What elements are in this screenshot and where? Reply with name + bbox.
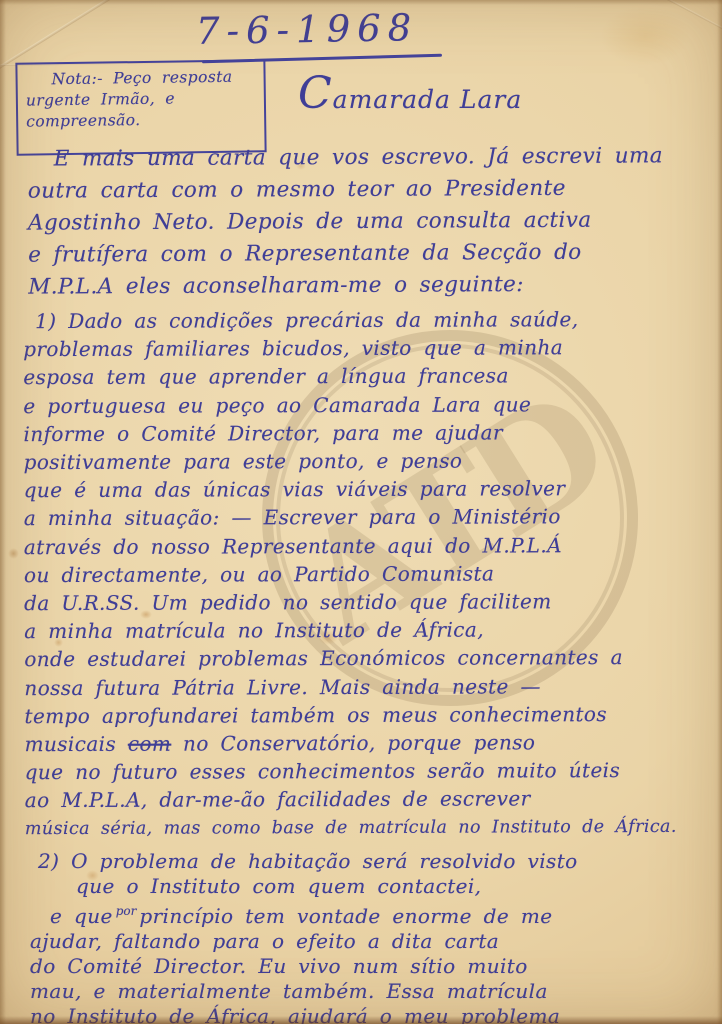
letter-line-with-strikeout: musicais com no Conservatório, porque pe… <box>25 728 677 758</box>
letter-date: 7-6-1968 <box>196 6 419 53</box>
letter-line: da U.R.SS. Um pedido no sentido que faci… <box>24 587 676 617</box>
letter-line: onde estudarei problemas Económicos conc… <box>24 643 676 673</box>
letter-line-with-insertion: e queporprincípio tem vontade enorme de … <box>30 899 578 929</box>
note-box-line: Nota:- Peço resposta <box>25 66 257 90</box>
letter-line: que é uma das únicas vias viáveis para r… <box>24 474 676 504</box>
line-text: princípio tem vontade enorme de me <box>139 904 552 928</box>
letter-line: através do nosso Representante aqui do M… <box>24 530 676 560</box>
letter-line: e frutífera com o Representante da Secçã… <box>28 236 663 271</box>
paper-crease <box>647 0 722 50</box>
salutation: Camarada Lara <box>298 84 522 114</box>
paragraph-1: 1) Dado as condições precárias da minha … <box>23 305 677 843</box>
page-edge-shading <box>717 0 722 1024</box>
letter-line: e portuguesa eu peço ao Camarada Lara qu… <box>23 389 675 419</box>
letter-line: esposa tem que aprender a língua frances… <box>23 361 675 391</box>
letter-line: informe o Comité Director, para me ajuda… <box>23 418 675 448</box>
line-text: e que <box>50 904 113 928</box>
letter-line: M.P.L.A eles aconselharam-me o seguinte: <box>28 268 663 303</box>
page-edge-shading <box>0 0 6 1024</box>
letter-line: do Comité Director. Eu vivo num sítio mu… <box>30 954 578 979</box>
letter-line: E mais uma carta que vos escrevo. Já esc… <box>28 140 663 175</box>
paper-stain <box>600 6 690 66</box>
letter-page: ATD 7-6-1968 Nota:- Peço resposta urgent… <box>0 0 722 1024</box>
letter-line: ao M.P.L.A, dar-me-ão facilidades de esc… <box>25 784 677 814</box>
letter-line: problemas familiares bicudos, visto que … <box>23 333 675 363</box>
line-text: no Conservatório, porque penso <box>171 730 535 755</box>
letter-line: que no futuro esses conhecimentos serão … <box>25 756 677 786</box>
paper-stain <box>8 548 19 559</box>
letter-line: outra carta com o mesmo teor ao Presiden… <box>28 172 663 207</box>
note-box-line: compreensão. <box>26 108 258 132</box>
letter-line: a minha matrícula no Instituto de África… <box>24 615 676 645</box>
struck-word: com <box>128 732 172 756</box>
line-text: musicais <box>25 732 128 756</box>
note-box: Nota:- Peço resposta urgente Irmão, e co… <box>15 59 266 155</box>
letter-line: no Instituto de África, ajudará o meu pr… <box>30 1004 578 1024</box>
inserted-word: por <box>116 904 137 918</box>
paragraph-2: 2) O problema de habitação será resolvid… <box>30 849 578 1024</box>
letter-line: a minha situação: — Escrever para o Mini… <box>24 502 676 532</box>
letter-line: mau, e materialmente também. Essa matríc… <box>30 979 578 1004</box>
letter-line: música séria, mas como base de matrícula… <box>25 813 677 843</box>
letter-line: 1) Dado as condições precárias da minha … <box>23 305 675 335</box>
letter-line: ou directamente, ou ao Partido Comunista <box>24 559 676 589</box>
page-edge-shading <box>0 0 722 5</box>
letter-line: que o Instituto com quem contactei, <box>30 874 578 899</box>
letter-line: Agostinho Neto. Depois de uma consulta a… <box>28 204 663 239</box>
letter-line: nossa futura Pátria Livre. Mais ainda ne… <box>24 672 676 702</box>
letter-line: tempo aprofundarei também os meus conhec… <box>24 700 676 730</box>
letter-line: ajudar, faltando para o efeito a dita ca… <box>30 929 578 954</box>
intro-paragraph: E mais uma carta que vos escrevo. Já esc… <box>28 140 664 303</box>
letter-line: positivamente para este ponto, e penso <box>24 446 676 476</box>
letter-line: 2) O problema de habitação será resolvid… <box>30 849 578 874</box>
